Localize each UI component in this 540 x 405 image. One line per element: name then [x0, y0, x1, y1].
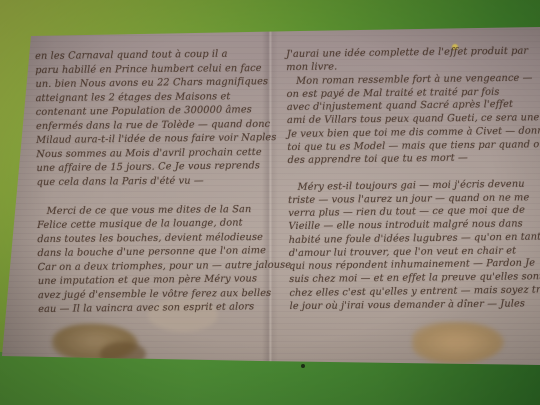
handwriting-line: atteignant les 2 étages des Maisons et: [36, 90, 270, 106]
handwriting-line: Car on a deux triomphes, pour un — autre…: [38, 259, 272, 275]
letter-page-left: en les Carnaval quand tout à coup il apa…: [35, 47, 272, 317]
handwriting-line: triste — vous l'aurez un jour — quand on…: [288, 191, 540, 207]
handwriting-line: toi que tu es Model — mais que tiens par…: [287, 138, 540, 154]
letter-page-right: J'aurai une idée complette de l'effet pr…: [286, 44, 540, 313]
handwriting-line: [37, 188, 271, 205]
handwriting-line: Nous sommes au Mois d'avril prochain cet…: [36, 146, 270, 162]
handwriting-line: dans toutes les bouches, devient mélodie…: [37, 230, 271, 246]
handwriting-line: enfermés dans la rue de Tolède — quand d…: [36, 118, 270, 134]
handwriting-line: avez jugé d'ensemble le vôtre ferez aux …: [38, 287, 272, 303]
letter-paper: en les Carnaval quand tout à coup il apa…: [0, 0, 540, 405]
handwriting-line: d'amour lui trouver, que l'on veut en ch…: [289, 244, 540, 260]
handwriting-line: Merci de ce que vous me dites de la San: [37, 202, 271, 218]
handwriting-line: on est payé de Mal traité et traité par …: [287, 85, 540, 101]
photo-frame: en les Carnaval quand tout à coup il apa…: [0, 0, 540, 405]
ink-dot-bottom-edge: [301, 364, 305, 368]
handwriting-line: que cela dans la Paris d'été vu —: [37, 174, 271, 190]
handwriting-line: le jour où j'irai vous demander à dîner …: [290, 297, 540, 313]
handwriting-line: paru habillé en Prince humbert celui en …: [35, 62, 269, 78]
